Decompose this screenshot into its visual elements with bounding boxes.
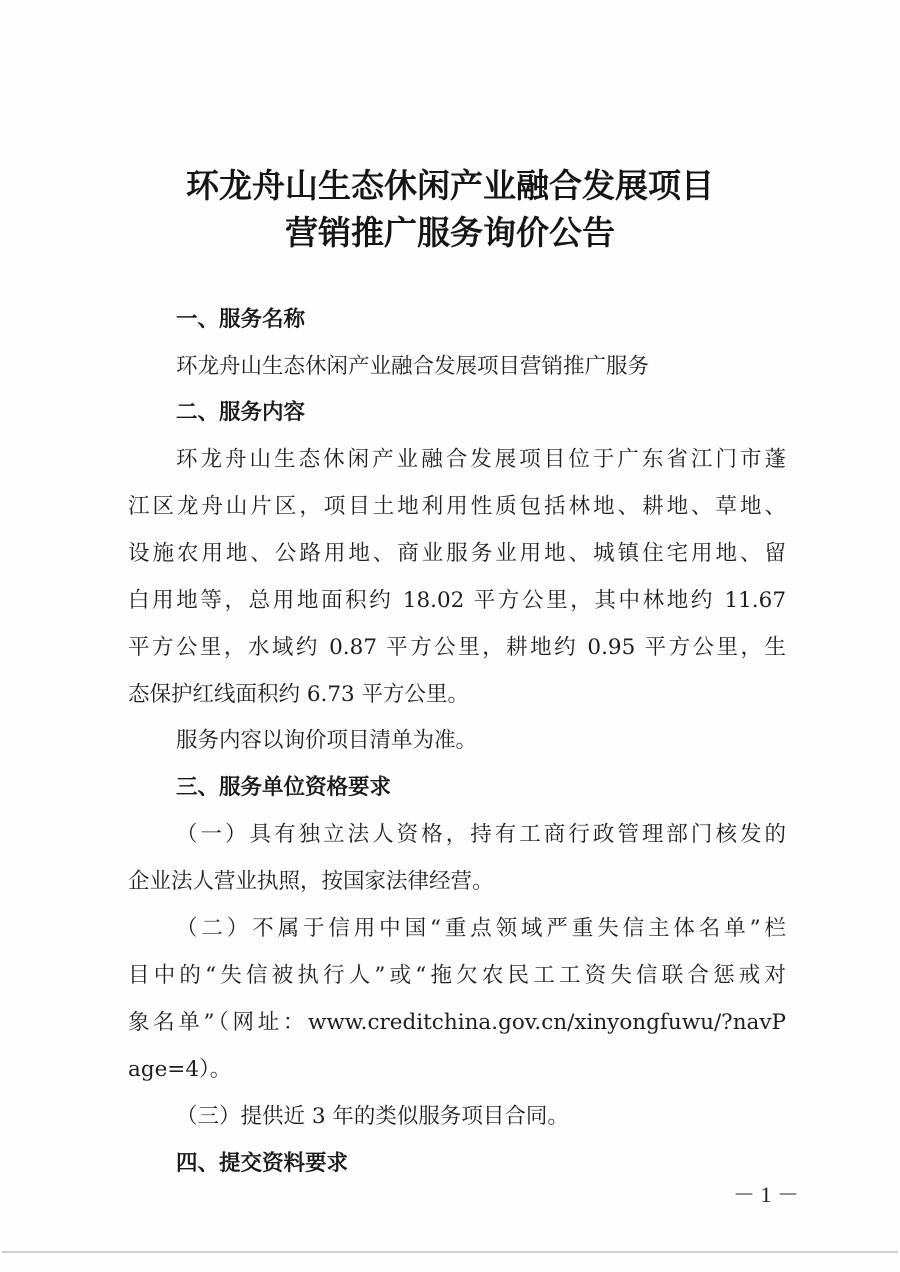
qualification-item-2-url-cont: age=4）。	[128, 1052, 231, 1083]
service-content-line: 平方公里，水域约 0.87 平方公里，耕地约 0.95 平方公里，生	[128, 630, 786, 661]
service-content-line: 环龙舟山生态休闲产业融合发展项目位于广东省江门市蓬	[176, 442, 786, 473]
qualification-item-2-url: 象名单”（网址：www.creditchina.gov.cn/xinyongfu…	[128, 1005, 786, 1036]
service-content-line: 白用地等，总用地面积约 18.02 平方公里，其中林地约 11.67	[128, 583, 786, 614]
scan-edge-line	[2, 1251, 898, 1253]
document-title-line-1: 环龙舟山生态休闲产业融合发展项目	[0, 160, 900, 207]
qualification-item-2-cont: 目中的“失信被执行人”或“拖欠农民工工资失信联合惩戒对	[128, 958, 786, 989]
section-heading-service-content: 二、服务内容	[176, 395, 305, 426]
qualification-item-1-cont: 企业法人营业执照，按国家法律经营。	[128, 864, 494, 895]
document-title-line-2: 营销推广服务询价公告	[0, 207, 900, 254]
qualification-item-2: （二）不属于信用中国“重点领域严重失信主体名单”栏	[176, 911, 786, 942]
document-page: 环龙舟山生态休闲产业融合发展项目 营销推广服务询价公告 一、服务名称 环龙舟山生…	[0, 0, 900, 1272]
section-heading-submission-requirements: 四、提交资料要求	[176, 1146, 348, 1177]
service-content-line: 态保护红线面积约 6.73 平方公里。	[128, 677, 469, 708]
service-content-note: 服务内容以询价项目清单为准。	[176, 723, 477, 754]
page-number: － 1 －	[733, 1178, 799, 1209]
section-heading-qualifications: 三、服务单位资格要求	[176, 770, 391, 801]
service-content-line: 江区龙舟山片区，项目土地利用性质包括林地、耕地、草地、	[128, 489, 786, 520]
service-content-line: 设施农用地、公路用地、商业服务业用地、城镇住宅用地、留	[128, 536, 786, 567]
qualification-item-3: （三）提供近 3 年的类似服务项目合同。	[176, 1099, 569, 1130]
section-heading-service-name: 一、服务名称	[176, 302, 305, 333]
qualification-item-1: （一）具有独立法人资格，持有工商行政管理部门核发的	[176, 817, 786, 848]
service-name-text: 环龙舟山生态休闲产业融合发展项目营销推广服务	[176, 349, 649, 380]
